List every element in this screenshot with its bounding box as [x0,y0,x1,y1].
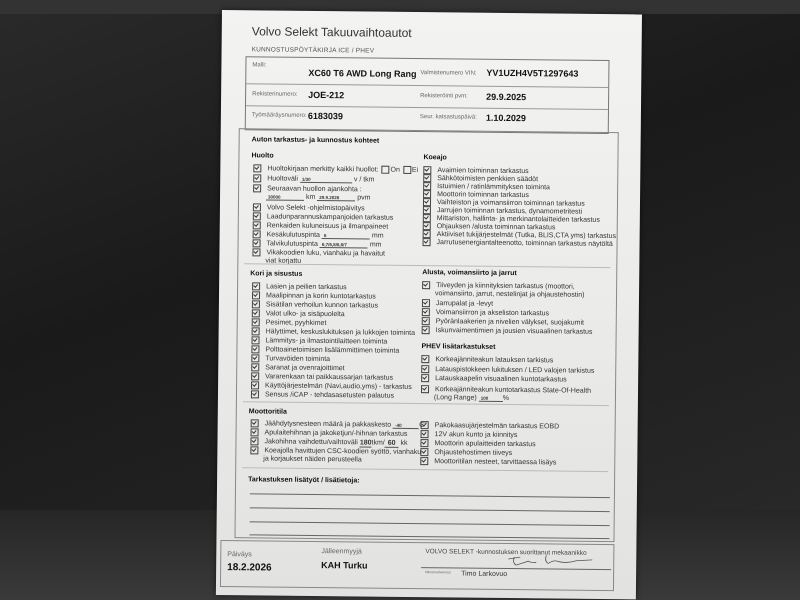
checklist-item: Sisätilan verhoilun kunnon tarkastus [252,300,378,309]
checklist-item: Moottorin apulaitteiden tarkastus [420,439,535,448]
checkbox-checked[interactable] [252,248,260,256]
checkbox-checked[interactable] [253,212,261,220]
checklist-item: Pesimet, pyyhkimet [252,318,327,327]
checklist-item: Latauskaapelin visuaalinen kuntotarkastu… [421,374,567,384]
coolant-field[interactable]: -40 [393,423,419,429]
service-interval-field[interactable]: 1/30 [300,177,352,184]
checkbox-checked[interactable] [251,354,259,362]
next-service-date-field[interactable]: 29.9.2026 [317,195,355,201]
checkbox-checked[interactable] [421,421,429,429]
checkbox-checked[interactable] [251,390,259,398]
checkbox-checked[interactable] [252,291,260,299]
checklist-item: Seuraavan huollon ajankohta : [253,184,362,193]
checkbox-checked[interactable] [423,182,431,190]
checkbox-checked[interactable] [423,222,431,230]
checkbox-checked[interactable] [421,365,429,373]
soh-row: (Long Range) 100% [434,394,509,402]
checklist-item: Pakokaasujärjestelmän tarkastus EOBD [421,421,560,430]
notes-title: Tarkastuksen lisätyöt / lisätietoja: [248,476,360,484]
checkbox-checked[interactable] [251,345,259,353]
checkbox-checked[interactable] [421,355,429,363]
checkbox-checked[interactable] [423,214,431,222]
checkbox-checked[interactable] [251,428,259,436]
notes-line[interactable] [250,534,610,539]
checkbox-checked[interactable] [253,174,261,182]
checkbox-checked[interactable] [421,430,429,438]
model-label: Malli: [252,62,266,68]
section-phev-title: PHEV lisätarkastukset [421,343,495,351]
checklist-item: Jakohihna vaihdettu/vaihtoväli 180tkm/60… [250,437,407,447]
section-huolto-title: Huolto [251,152,273,159]
timing-km-field[interactable]: 180 [360,439,372,447]
checklist-item: Huoltoväli 1/30 v / tkm [253,174,374,183]
registration-value: JOE-212 [308,90,344,100]
next-service-fields: 30000 km 29.9.2026 pvm [266,193,371,201]
checkbox-checked[interactable] [252,300,260,308]
checklist-item: Turvavöiden toiminta [251,354,330,363]
checkbox-checked[interactable] [252,336,260,344]
checkbox-checked[interactable] [252,327,260,335]
checkbox-checked[interactable] [423,230,431,238]
checklist-item: Lämmitys- ja ilmastointilaitteen toimint… [252,336,388,345]
checklist-item-cont: ja korjaukset näiden perusteella [263,455,362,463]
checkbox-checked[interactable] [250,446,258,454]
checkbox-checked[interactable] [423,174,431,182]
form-title: Volvo Selekt Takuuvaihtoautot [252,24,412,40]
notes-line[interactable] [250,493,610,498]
checkbox-checked[interactable] [423,166,431,174]
checklist-heading: Auton tarkastus- ja kunnostus kohteet [252,136,380,144]
checklist-item: Maalipinnan ja korin kuntotarkastus [252,291,376,300]
checklist-item: Vikakoodien luku, vianhaku ja havaitut [252,248,385,257]
checklist-box: Auton tarkastus- ja kunnostus kohteet Hu… [234,128,618,542]
vehicle-info-box: Malli: XC60 T6 AWD Long Rang Valmistenum… [245,56,610,134]
checklist-item: Huoltokirjaan merkitty kaikki huollot: O… [253,164,418,174]
checkbox-checked[interactable] [423,238,431,246]
checkbox-checked[interactable] [253,164,261,172]
checkbox-checked[interactable] [251,381,259,389]
checklist-item: Jarrutusenergiantalteenotto, toiminnan t… [423,238,613,248]
registration-label: Rekisterinumero: [252,91,297,97]
dealer-value: KAH Turku [321,560,367,570]
checklist-item: Polttoainetoimisen lisälämmittimen toimi… [251,345,399,355]
checklist-item: Tiiveyden ja kiinnityksien tarkastus (mo… [422,281,575,291]
checklist-item: Iskunvaimentimien ja jousien visuaalinen… [422,326,593,336]
checkbox-checked[interactable] [422,308,430,316]
checklist-item: 12V akun kunto ja kiinnitys [421,430,518,439]
checkbox-checked[interactable] [253,184,261,192]
checklist-item: Korkeajänniteakun latauksen tarkistus [421,355,553,364]
checkbox-checked[interactable] [421,374,429,382]
checklist-item: Saranat ja ovenrajoittimet [251,363,344,372]
mechanic-name: Timo Larkovuo [461,571,507,578]
registration-date-label: Rekisteröinti pvm: [420,93,468,99]
checkbox-checked[interactable] [251,363,259,371]
checkbox-checked[interactable] [423,206,431,214]
checkbox-ei[interactable] [403,166,411,174]
registration-date-value: 29.9.2025 [486,92,526,102]
checkbox-checked[interactable] [250,437,258,445]
checklist-item-cont: voimansiirto, jarrut, nestelinjat ja ohj… [435,290,584,299]
next-inspection-value: 1.10.2029 [486,113,526,123]
notes-line[interactable] [250,521,610,526]
checkbox-on[interactable] [382,166,390,174]
checklist-item: Apulaitehihnan ja jakoketjun/-hihnan tar… [251,428,408,438]
checklist-item: Jarrupalat ja -levyt [422,299,493,308]
checkbox-checked[interactable] [253,239,261,247]
checkbox-checked[interactable] [422,299,430,307]
section-moottoritila-title: Moottoritila [249,408,287,415]
date-label: Päiväys [227,551,252,558]
checklist-item: Voimansiirron ja akseliston tarkastus [422,308,549,317]
notes-line[interactable] [250,507,610,512]
signature-icon [506,551,596,570]
work-order-value: 6183039 [308,111,343,121]
form-subtitle: KUNNOSTUSPÖYTÄKIRJA ICE / PHEV [252,46,375,54]
dealer-label: Jälleenmyyjä [321,548,362,555]
checklist-item: Pyöränlaakerien ja nivelien välykset, su… [422,317,584,327]
checklist-item: Volvo Selekt -ohjelmistopäivitys [253,203,365,212]
checklist-item: Lasien ja peilien tarkastus [252,282,347,291]
checklist-item: Hälyttimet, keskuslukituksen ja lukkojen… [252,327,415,337]
checklist-item: Ohjaustehostimen tiiveys [420,448,512,457]
checkbox-checked[interactable] [253,221,261,229]
vin-label: Valmistenumero VIN: [420,70,476,77]
checkbox-checked[interactable] [420,448,428,456]
checklist-item: Vararenkaan tai paikkaussarjan tarkastus [251,372,393,381]
checklist-item: Sensus /iCAP - tehdasasetusten palautus [251,390,394,399]
checkbox-checked[interactable] [422,317,430,325]
divider [244,263,610,268]
checkbox-checked[interactable] [253,230,261,238]
date-value: 18.2.2026 [227,562,272,573]
vin-value: YV1UZH4V5T1297643 [486,68,578,79]
checkbox-checked[interactable] [422,281,430,289]
summer-tread-field[interactable]: 6 [322,233,370,240]
work-order-label: Työmääräysnumero: [252,112,307,119]
checkbox-checked[interactable] [420,457,428,465]
checklist-item: Käyttöjärjestelmän (Navi,audio,yms) - ta… [251,381,412,391]
checkbox-checked[interactable] [252,318,260,326]
name-label: Nimenselvennys [425,570,451,574]
inspection-form: Volvo Selekt Takuuvaihtoautot KUNNOSTUSP… [216,10,642,599]
section-kori-title: Kori ja sisustus [250,270,302,278]
checkbox-checked[interactable] [422,326,430,334]
checkbox-checked[interactable] [251,372,259,380]
checklist-item: Talvikulutuspinta 6,7/6,8/6,6/7 mm [253,239,382,248]
checklist-item: Laadunparannuskampanjoiden tarkastus [253,212,394,221]
checklist-item: Latauspistokkeen lukituksen / LED valoje… [421,365,594,375]
checklist-item: Kesäkulutuspinta 6 mm [253,230,384,239]
checkbox-checked[interactable] [420,439,428,447]
checklist-item: Valot ulko- ja sisäpuolelta [252,309,345,318]
divider [243,401,609,406]
checkbox-checked[interactable] [253,203,261,211]
checkbox-checked[interactable] [421,385,429,393]
checklist-item: Moottoritilan nesteet, tarvittaessa lisä… [420,457,556,466]
info-row-order: Työmääräysnumero: 6183039 Seur. katsastu… [246,105,608,131]
soh-field[interactable]: 100 [479,396,503,402]
section-alusta-title: Alusta, voimansiirto ja jarrut [422,269,517,277]
next-inspection-label: Seur. katsastuspäivä: [420,114,477,121]
model-value: XC60 T6 AWD Long Rang [308,68,416,79]
timing-months-field[interactable]: 60 [385,440,399,448]
checkbox-checked[interactable] [423,190,431,198]
divider [242,467,608,472]
checkbox-checked[interactable] [251,419,259,427]
checklist-item: Renkaiden kuluneisuus ja ilmanpaineet [253,221,388,230]
winter-tread-field[interactable]: 6,7/6,8/6,6/7 [320,242,368,249]
checkbox-checked[interactable] [423,198,431,206]
checkbox-checked[interactable] [252,309,260,317]
checkbox-checked[interactable] [252,282,260,290]
section-koeajo-title: Koeajo [423,154,446,161]
next-service-km-field[interactable]: 30000 [266,194,304,200]
